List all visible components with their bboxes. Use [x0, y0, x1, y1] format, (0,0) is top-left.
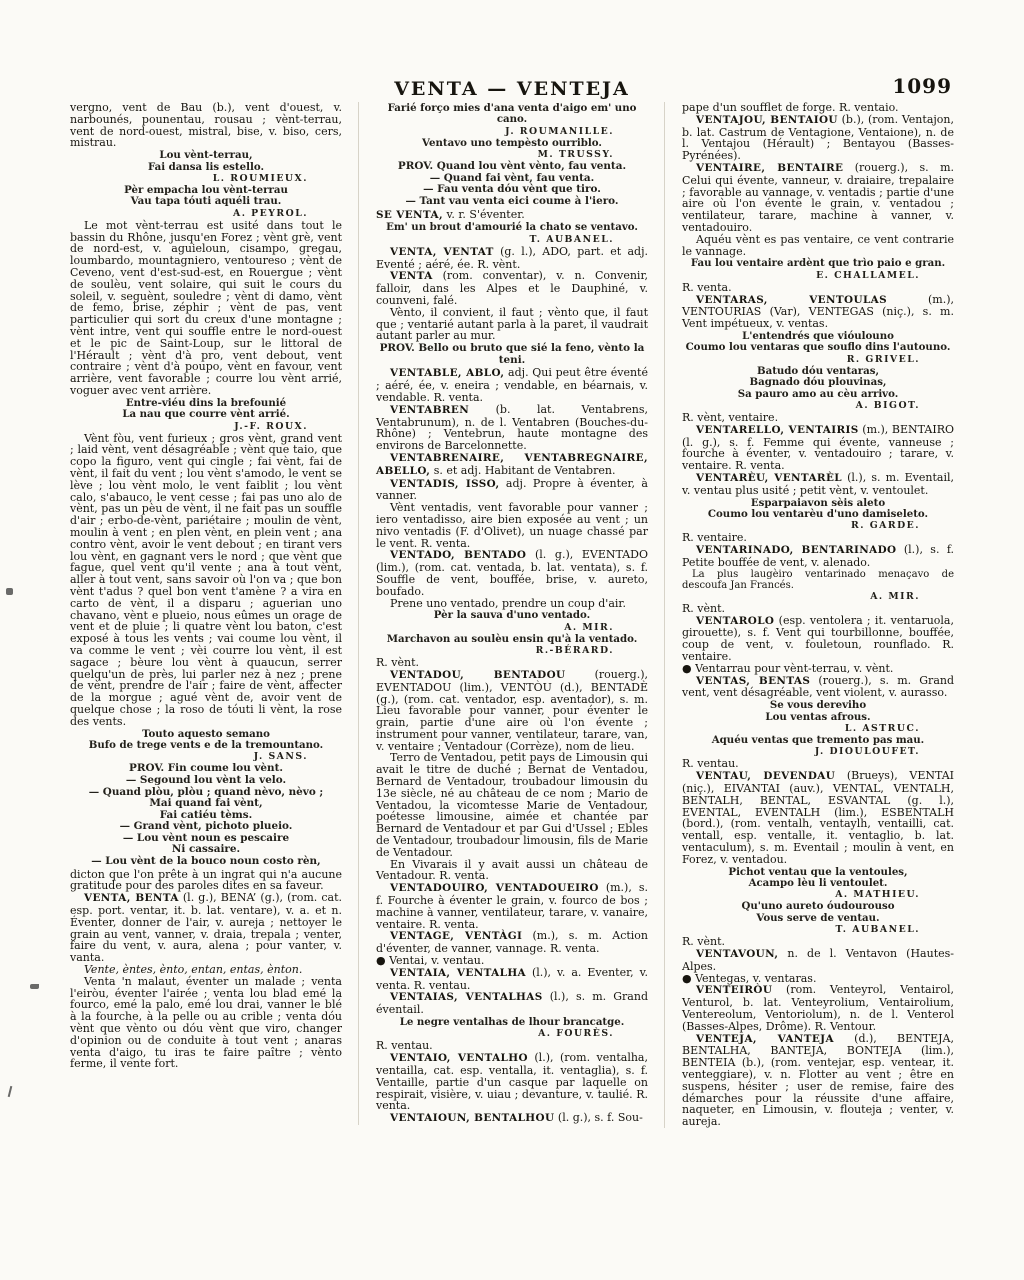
paragraph: Prene uno ventado, prendre un coup d'air…	[376, 598, 648, 610]
attribution: R. GRIVEL.	[682, 354, 954, 365]
paragraph: Terro de Ventadou, petit pays de Limousi…	[376, 752, 648, 858]
text-columns: vergno, vent de Bau (b.), vent d'ouest, …	[70, 102, 954, 1128]
verse-block: Fau lou ventaire ardènt que trìo paio e …	[682, 258, 954, 269]
paragraph: Le mot vènt-terrau est usité dans tout l…	[70, 220, 342, 397]
entry-headword: VENTADIS, ISSO,	[390, 478, 500, 490]
attribution: A. BIGOT.	[682, 400, 954, 411]
entry-headword: VENTAIA, VENTALHA	[390, 967, 526, 979]
verse-line: Vau tapa tóuti aquéli trau.	[70, 196, 342, 207]
verse-block: Aquéu ventas que tremento pas mau.	[682, 735, 954, 746]
attribution: A. FOURÈS.	[376, 1028, 648, 1039]
entry-headword: VENTEIRÒU	[696, 984, 772, 996]
verse-line: — Tant vau venta eici coume à l'iero.	[376, 196, 648, 208]
dict-entry: VENTEIRÒU (rom. Venteyrol, Ventairol, Ve…	[682, 984, 954, 1032]
attribution: L. ROUMIEUX.	[70, 173, 342, 184]
dict-entry: VENTADOUIRO, VENTADOUEIRO (m.), s. f. Fo…	[376, 882, 648, 930]
paragraph: Vènto, il convient, il faut ; vènto que,…	[376, 307, 648, 342]
verse-block: L'entendrés que vióulounoCoumo lou venta…	[682, 331, 954, 354]
dict-entry: VENTADO, BENTADO (l. g.), EVENTADO (lim.…	[376, 549, 648, 597]
verse-line: Coumo lou ventaras que souflo dins l'aut…	[682, 342, 954, 353]
entry-headword: VENTABRENAIRE, VENTABREGNAIRE, ABELLO,	[376, 452, 648, 477]
paragraph: La plus laugèiro ventarinado menaçavo de…	[682, 569, 954, 591]
dict-entry: VENTARÈU, VENTARÈL (l.), s. m. Eventail,…	[682, 472, 954, 497]
verse-line: Se vous dereviho	[682, 700, 954, 711]
column-2: Farié forço mies d'ana venta d'aigo em' …	[358, 102, 648, 1125]
paragraph: R. venta.	[682, 282, 954, 294]
attribution: T. AUBANEL.	[376, 234, 648, 245]
dict-entry: VENTARINADO, BENTARINADO (l.), s. f. Pet…	[682, 544, 954, 569]
paragraph: En Vivarais il y avait aussi un château …	[376, 859, 648, 883]
entry-headword: VENTAROLO	[696, 615, 774, 627]
paragraph: Vènt fòu, vent furieux ; gros vènt, gran…	[70, 433, 342, 728]
dict-entry: VENTA, VENTAT (g. l.), ADO, part. et adj…	[376, 246, 648, 271]
dict-entry: VENTAIO, VENTALHO (l.), (rom. ventalha, …	[376, 1052, 648, 1112]
scan-artifact-2	[30, 984, 39, 989]
attribution: J. SANS.	[70, 751, 342, 762]
dict-entry: VENTARAS, VENTOULAS (m.), VENTOURIAS (Va…	[682, 294, 954, 330]
verse-block: Se vous derevihoLou ventas afrous.	[682, 700, 954, 723]
attribution: E. CHALLAMEL.	[682, 270, 954, 281]
entry-headword: VENTADO, BENTADO	[390, 549, 526, 561]
verse-line: — Segound lou vènt la velo.	[70, 775, 342, 787]
dict-entry: VENTA, BENTA (l. g.), BENA’ (g.), (rom. …	[70, 892, 342, 964]
entry-headword: VENTABLE, ABLO,	[390, 367, 504, 379]
dict-entry: VENTAROLO (esp. ventolera ; it. ventaruo…	[682, 615, 954, 663]
verse-line: Aquéu ventas que tremento pas mau.	[682, 735, 954, 746]
attribution: J.-F. ROUX.	[70, 421, 342, 432]
verse-line: Lou ventas afrous.	[682, 712, 954, 723]
dict-entry: VENTAIAS, VENTALHAS (l.), s. m. Grand év…	[376, 991, 648, 1016]
verse-block: PROV. Quand lou vènt vènto, fau venta.— …	[376, 161, 648, 207]
verse-line: Fai dansa lis estello.	[70, 162, 342, 173]
dict-entry: VENTAU, DEVENDAU (Brueys), VENTAI (niç.)…	[682, 770, 954, 865]
verse-line: Ventavo uno tempèsto ourriblo.	[376, 138, 648, 149]
attribution: L. ASTRUC.	[682, 723, 954, 734]
entry-headword: VENTARÈU, VENTARÈL	[696, 472, 842, 484]
entry-headword: VENTAIRE, BENTAIRE	[696, 162, 843, 174]
entry-headword: VENTAVOUN,	[696, 948, 778, 960]
dict-entry: VENTABLE, ABLO, adj. Qui peut être évent…	[376, 367, 648, 403]
paragraph: R. vènt.	[682, 603, 954, 615]
verse-block: Lou vènt-terrau,Fai dansa lis estello.	[70, 150, 342, 173]
attribution: A. MIR.	[376, 622, 648, 633]
dict-entry: VENTAVOUN, n. de l. Ventavon (Hautes-Alp…	[682, 948, 954, 973]
verse-line: Sa pauro amo au cèu arrivo.	[682, 389, 954, 400]
attribution: M. TRUSSY.	[376, 149, 648, 160]
attribution: J. DIOULOUFET.	[682, 746, 954, 757]
paragraph: Vènt ventadis, vent favorable pour vanne…	[376, 502, 648, 549]
verse-line: Bufo de trege vents e de la tremountano.	[70, 740, 342, 751]
dict-entry: VENTAGE, VENTÀGI (m.), s. m. Action d'év…	[376, 930, 648, 955]
verse-line: Marchavon au soulèu ensin qu'à la ventad…	[376, 634, 648, 645]
paragraph: R. vènt, ventaire.	[682, 412, 954, 424]
entry-headword: VENTARINADO, BENTARINADO	[696, 544, 896, 556]
dict-entry: VENTARELLO, VENTAIRIS (m.), BENTAIRO (l.…	[682, 424, 954, 472]
verse-block: Batudo dóu ventaras,Bagnado dóu plouvina…	[682, 366, 954, 400]
verse-line: Coumo lou ventarèu d'uno damiseleto.	[682, 509, 954, 520]
verse-line: Le negre ventalhas de lhour brancatge.	[376, 1017, 648, 1028]
entry-headword: VENTAS, BENTAS	[696, 675, 810, 687]
verse-line: Pèr la sauva d'uno ventado.	[376, 610, 648, 621]
verse-line: Fau lou ventaire ardènt que trìo paio e …	[682, 258, 954, 269]
entry-headword: VENTA, BENTA	[84, 892, 179, 904]
paragraph: vergno, vent de Bau (b.), vent d'ouest, …	[70, 102, 342, 149]
entry-headword: VENTAJOU, BENTAIOU	[696, 114, 838, 126]
dict-entry: VENTADIS, ISSO, adj. Propre à éventer, à…	[376, 478, 648, 503]
dict-entry: VENTABRENAIRE, VENTABREGNAIRE, ABELLO, s…	[376, 452, 648, 478]
scan-artifact-1	[6, 588, 13, 595]
verse-line: — Lou vènt de la bouco noun costo rèn,	[70, 856, 342, 868]
verse-line: Em' un brout d'amourié la chato se venta…	[376, 222, 648, 233]
verse-block: PROV. Fin coume lou vènt.— Segound lou v…	[70, 763, 342, 867]
entry-headword: VENTAU, DEVENDAU	[696, 770, 835, 782]
entry-headword: VENTADOU, BENTADOU	[390, 669, 566, 681]
verse-block: Pèr la sauva d'uno ventado.	[376, 610, 648, 621]
entry-headword: VENTARAS, VENTOULAS	[696, 294, 887, 306]
entry-headword: VENTEJA, VANTEJA	[696, 1033, 834, 1045]
attribution: R. GARDE.	[682, 520, 954, 531]
verse-line: Lou vènt-terrau,	[70, 150, 342, 161]
verse-block: PROV. Bello ou bruto que sié la feno, vè…	[376, 343, 648, 366]
column-1: vergno, vent de Bau (b.), vent d'ouest, …	[70, 102, 342, 1070]
verse-line: Mai quand fai vènt,	[70, 798, 342, 810]
dict-entry: VENTEJA, VANTEJA (d.), BENTEJA, BENTALHA…	[682, 1033, 954, 1128]
dict-entry: VENTADOU, BENTADOU (rouerg.), EVENTADOU …	[376, 669, 648, 753]
verse-block: Le negre ventalhas de lhour brancatge.	[376, 1017, 648, 1028]
paragraph: ● Ventarrau pour vènt-terrau, v. vènt.	[682, 663, 954, 675]
verse-block: Qu'uno aureto óudourousoVous serve de ve…	[682, 901, 954, 924]
entry-headword: VENTA	[390, 270, 433, 282]
entry-headword: VENTA, VENTAT	[390, 246, 494, 258]
dict-entry: VENTA (rom. conventar), v. n. Convenir, …	[376, 270, 648, 306]
entry-headword: VENTAGE, VENTÀGI	[390, 930, 522, 942]
verse-block: Em' un brout d'amourié la chato se venta…	[376, 222, 648, 233]
verse-line: Farié forço mies d'ana venta d'aigo em' …	[376, 103, 648, 126]
page-header-title: VENTA — VENTEJA	[0, 78, 1024, 100]
entry-headword: VENTADOUIRO, VENTADOUEIRO	[390, 882, 599, 894]
entry-headword: SE VENTA,	[376, 209, 443, 221]
verse-block: Marchavon au soulèu ensin qu'à la ventad…	[376, 634, 648, 645]
attribution: T. AUBANEL.	[682, 924, 954, 935]
verse-block: Entre-viéu dins la brefouniéLa nau que c…	[70, 398, 342, 421]
dictionary-page: VENTA — VENTEJA 1099 vergno, vent de Bau…	[0, 0, 1024, 1280]
verse-line: Vous serve de ventau.	[682, 913, 954, 924]
verse-line: teni.	[376, 355, 648, 367]
dict-entry: VENTAJOU, BENTAIOU (b.), (rom. Ventajon,…	[682, 114, 954, 162]
verse-line: La nau que courre vènt arrié.	[70, 409, 342, 420]
entry-headword: VENTAIOUN, BENTALHOU	[390, 1112, 554, 1124]
dict-entry: VENTAS, BENTAS (rouerg.), s. m. Grand ve…	[682, 675, 954, 700]
dict-entry: VENTAIRE, BENTAIRE (rouerg.), s. m. Celu…	[682, 162, 954, 234]
verse-block: Ventavo uno tempèsto ourriblo.	[376, 138, 648, 149]
attribution: A. MATHIEU.	[682, 889, 954, 900]
verse-block: Esparpaiavon sèis aletoCoumo lou ventarè…	[682, 498, 954, 521]
dict-entry: SE VENTA, v. r. S'éventer.	[376, 209, 648, 222]
verse-line: Bagnado dóu plouvinas,	[682, 377, 954, 388]
dict-entry: VENTAIOUN, BENTALHOU (l. g.), s. f. Sou-	[376, 1112, 648, 1125]
paragraph: Aquéu vènt es pas ventaire, ce vent cont…	[682, 234, 954, 258]
dict-entry: VENTABREN (b. lat. Ventabrens, Ventabrun…	[376, 404, 648, 452]
paragraph: dicton que l'on prête à un ingrat qui n'…	[70, 869, 342, 893]
entry-headword: VENTARELLO, VENTAIRIS	[696, 424, 859, 436]
attribution: R.-BÉRARD.	[376, 645, 648, 656]
verse-block: Pèr empacha lou vènt-terrauVau tapa tóut…	[70, 185, 342, 208]
page-number: 1099	[892, 74, 952, 98]
attribution: A. MIR.	[682, 591, 954, 602]
dict-entry: VENTAIA, VENTALHA (l.), v. a. Eventer, v…	[376, 967, 648, 992]
column-3: pape d'un soufflet de forge. R. ventaio.…	[664, 102, 954, 1128]
entry-headword: VENTABREN	[390, 404, 469, 416]
verse-block: Farié forço mies d'ana venta d'aigo em' …	[376, 103, 648, 126]
entry-headword: VENTAIAS, VENTALHAS	[390, 991, 543, 1003]
verse-line: Acampo lèu li ventoulet.	[682, 878, 954, 889]
attribution: A. PEYROL.	[70, 208, 342, 219]
verse-block: Touto aquesto semanoBufo de trege vents …	[70, 729, 342, 752]
entry-headword: VENTAIO, VENTALHO	[390, 1052, 528, 1064]
verse-block: Pichot ventau que la ventoules,Acampo lè…	[682, 867, 954, 890]
scan-artifact-3	[8, 1086, 13, 1097]
attribution: J. ROUMANILLE.	[376, 126, 648, 137]
paragraph: Venta 'n malaut, éventer un malade ; ven…	[70, 976, 342, 1070]
